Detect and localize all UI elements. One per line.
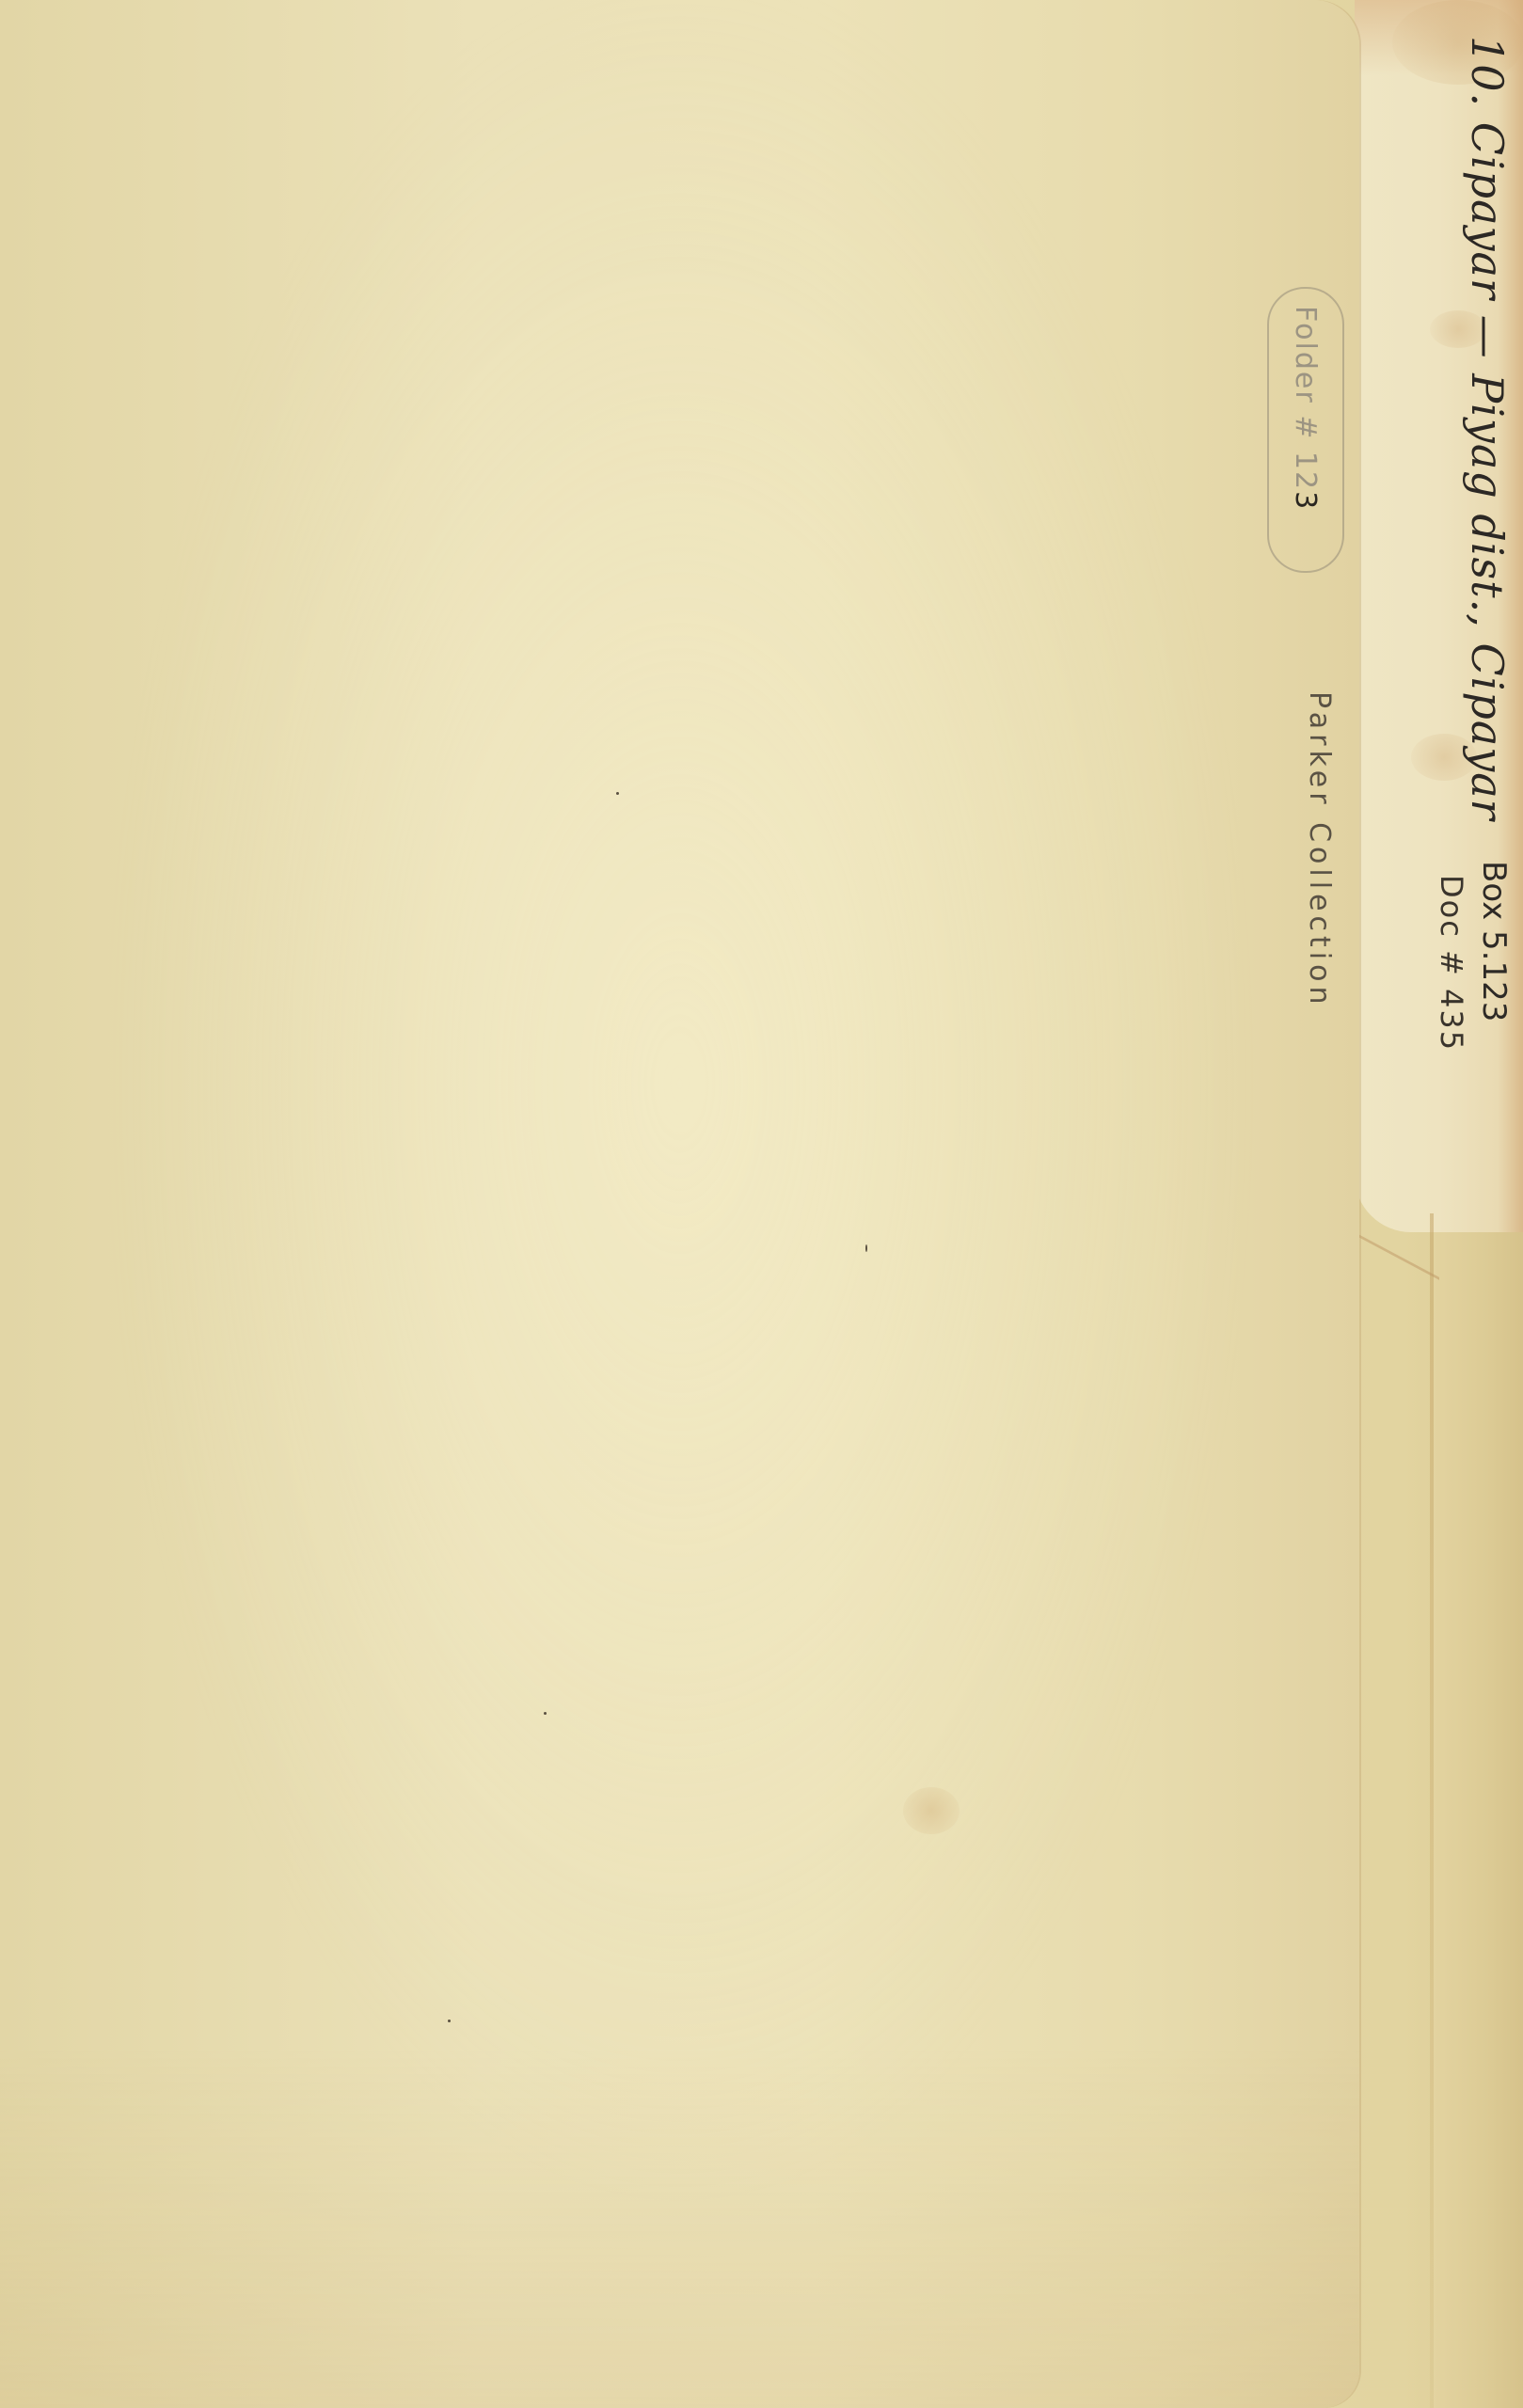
tab-fold-line	[1430, 1213, 1434, 2408]
speck	[865, 1244, 867, 1252]
folder-number-ink-digit: 3	[1289, 491, 1322, 511]
speck	[448, 2020, 451, 2022]
stain	[903, 1787, 960, 1834]
folder-number: Folder # 123	[1289, 306, 1322, 511]
folder-back-edge	[1434, 1223, 1523, 2408]
box-reference: Box 5.123	[1475, 861, 1513, 1022]
collection-label: Parker Collection	[1303, 691, 1336, 1008]
speck	[544, 1712, 547, 1715]
folder-tab-label: 10. Cipayar — Piyag dist., Cipayar	[1462, 36, 1513, 821]
speck	[616, 792, 619, 795]
folder-number-prefix: Folder # 12	[1289, 306, 1322, 491]
folder-front-panel	[0, 0, 1359, 2408]
document-reference: Doc # 435	[1434, 875, 1469, 1052]
